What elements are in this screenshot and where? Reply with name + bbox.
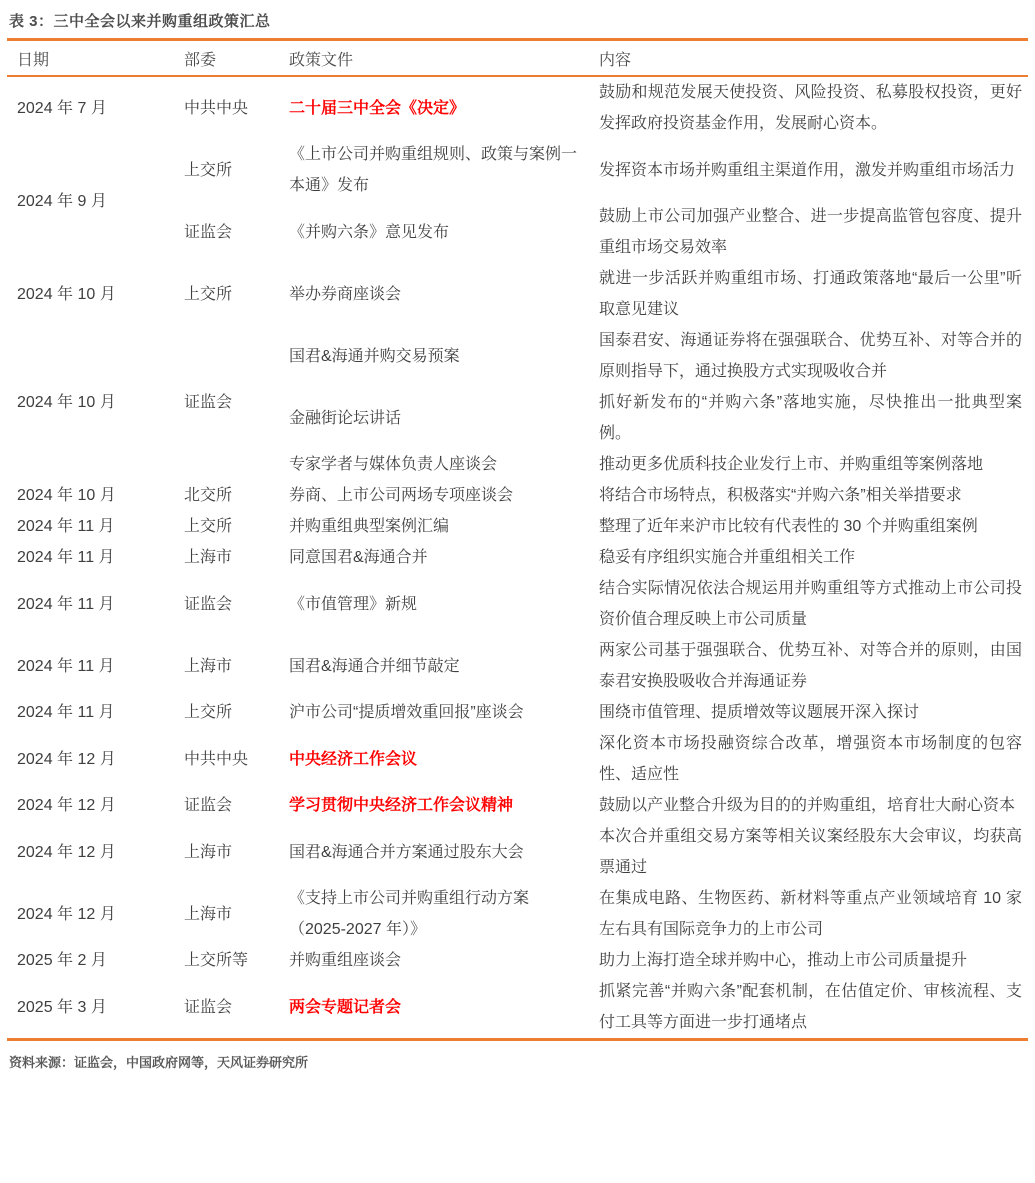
policy-cell: 国君&海通合并方案通过股东大会 <box>289 821 599 883</box>
header-content: 内容 <box>599 40 1028 77</box>
date-cell: 2024 年 11 月 <box>7 511 184 542</box>
content-cell: 鼓励上市公司加强产业整合、进一步提高监管包容度、提升重组市场交易效率 <box>599 201 1028 263</box>
date-cell: 2024 年 11 月 <box>7 573 184 635</box>
policy-cell: 专家学者与媒体负责人座谈会 <box>289 449 599 480</box>
date-cell: 2024 年 10 月 <box>7 325 184 480</box>
dept-cell: 上海市 <box>184 542 289 573</box>
header-policy: 政策文件 <box>289 40 599 77</box>
content-cell: 抓好新发布的“并购六条”落地实施，尽快推出一批典型案例。 <box>599 387 1028 449</box>
policy-table: 日期 部委 政策文件 内容 2024 年 7 月中共中央二十届三中全会《决定》鼓… <box>7 38 1028 1041</box>
content-cell: 国泰君安、海通证券将在强强联合、优势互补、对等合并的原则指导下，通过换股方式实现… <box>599 325 1028 387</box>
policy-cell: 举办券商座谈会 <box>289 263 599 325</box>
dept-cell: 上海市 <box>184 635 289 697</box>
date-cell: 2024 年 7 月 <box>7 76 184 139</box>
dept-cell: 证监会 <box>184 325 289 480</box>
table-row: 2024 年 11 月上海市同意国君&海通合并稳妥有序组织实施合并重组相关工作 <box>7 542 1028 573</box>
date-cell: 2024 年 11 月 <box>7 542 184 573</box>
content-cell: 抓紧完善“并购六条”配套机制，在估值定价、审核流程、支付工具等方面进一步打通堵点 <box>599 976 1028 1040</box>
policy-cell: 《并购六条》意见发布 <box>289 201 599 263</box>
content-cell: 稳妥有序组织实施合并重组相关工作 <box>599 542 1028 573</box>
policy-cell-highlight: 两会专题记者会 <box>289 976 599 1040</box>
date-cell: 2024 年 12 月 <box>7 790 184 821</box>
table-row: 2024 年 11 月上交所并购重组典型案例汇编整理了近年来沪市比较有代表性的 … <box>7 511 1028 542</box>
content-cell: 本次合并重组交易方案等相关议案经股东大会审议，均获高票通过 <box>599 821 1028 883</box>
content-cell: 两家公司基于强强联合、优势互补、对等合并的原则，由国泰君安换股吸收合并海通证券 <box>599 635 1028 697</box>
policy-cell: 沪市公司“提质增效重回报”座谈会 <box>289 697 599 728</box>
dept-cell: 上海市 <box>184 821 289 883</box>
dept-cell: 证监会 <box>184 976 289 1040</box>
policy-cell: 《支持上市公司并购重组行动方案（2025-2027 年）》 <box>289 883 599 945</box>
header-row: 日期 部委 政策文件 内容 <box>7 40 1028 77</box>
dept-cell: 北交所 <box>184 480 289 511</box>
table-header: 日期 部委 政策文件 内容 <box>7 40 1028 77</box>
dept-cell: 中共中央 <box>184 76 289 139</box>
dept-cell: 证监会 <box>184 573 289 635</box>
date-cell: 2024 年 12 月 <box>7 883 184 945</box>
dept-cell: 证监会 <box>184 201 289 263</box>
dept-cell: 中共中央 <box>184 728 289 790</box>
table-row: 2024 年 10 月北交所券商、上市公司两场专项座谈会将结合市场特点，积极落实… <box>7 480 1028 511</box>
policy-cell: 并购重组座谈会 <box>289 945 599 976</box>
dept-cell: 证监会 <box>184 790 289 821</box>
date-cell: 2024 年 10 月 <box>7 263 184 325</box>
date-cell: 2024 年 11 月 <box>7 635 184 697</box>
table-row: 2024 年 12 月上海市国君&海通合并方案通过股东大会本次合并重组交易方案等… <box>7 821 1028 883</box>
policy-cell: 《市值管理》新规 <box>289 573 599 635</box>
policy-cell: 券商、上市公司两场专项座谈会 <box>289 480 599 511</box>
table-row: 2025 年 2 月上交所等并购重组座谈会助力上海打造全球并购中心，推动上市公司… <box>7 945 1028 976</box>
date-cell: 2024 年 9 月 <box>7 139 184 263</box>
table-row: 2024 年 7 月中共中央二十届三中全会《决定》鼓励和规范发展天使投资、风险投… <box>7 76 1028 139</box>
dept-cell: 上海市 <box>184 883 289 945</box>
table-row: 2024 年 12 月中共中央中央经济工作会议深化资本市场投融资综合改革，增强资… <box>7 728 1028 790</box>
table-row: 2024 年 12 月证监会学习贯彻中央经济工作会议精神鼓励以产业整合升级为目的… <box>7 790 1028 821</box>
policy-cell: 国君&海通合并细节敲定 <box>289 635 599 697</box>
content-cell: 发挥资本市场并购重组主渠道作用，激发并购重组市场活力 <box>599 139 1028 201</box>
date-cell: 2024 年 10 月 <box>7 480 184 511</box>
content-cell: 助力上海打造全球并购中心，推动上市公司质量提升 <box>599 945 1028 976</box>
date-cell: 2024 年 11 月 <box>7 697 184 728</box>
content-cell: 在集成电路、生物医药、新材料等重点产业领域培育 10 家左右具有国际竞争力的上市… <box>599 883 1028 945</box>
content-cell: 结合实际情况依法合规运用并购重组等方式推动上市公司投资价值合理反映上市公司质量 <box>599 573 1028 635</box>
policy-cell: 国君&海通并购交易预案 <box>289 325 599 387</box>
content-cell: 围绕市值管理、提质增效等议题展开深入探讨 <box>599 697 1028 728</box>
header-date: 日期 <box>7 40 184 77</box>
content-cell: 鼓励和规范发展天使投资、风险投资、私募股权投资，更好发挥政府投资基金作用，发展耐… <box>599 76 1028 139</box>
policy-cell: 金融街论坛讲话 <box>289 387 599 449</box>
content-cell: 推动更多优质科技企业发行上市、并购重组等案例落地 <box>599 449 1028 480</box>
date-cell: 2025 年 2 月 <box>7 945 184 976</box>
content-cell: 鼓励以产业整合升级为目的的并购重组，培育壮大耐心资本 <box>599 790 1028 821</box>
table-row: 2024 年 11 月上交所沪市公司“提质增效重回报”座谈会围绕市值管理、提质增… <box>7 697 1028 728</box>
policy-cell-highlight: 二十届三中全会《决定》 <box>289 76 599 139</box>
header-dept: 部委 <box>184 40 289 77</box>
report-table-page: 表 3：三中全会以来并购重组政策汇总 日期 部委 政策文件 内容 2024 年 … <box>0 0 1035 1183</box>
content-cell: 就进一步活跃并购重组市场、打通政策落地“最后一公里”听取意见建议 <box>599 263 1028 325</box>
date-cell: 2024 年 12 月 <box>7 728 184 790</box>
content-cell: 深化资本市场投融资综合改革，增强资本市场制度的包容性、适应性 <box>599 728 1028 790</box>
table-row: 2024 年 11 月证监会《市值管理》新规结合实际情况依法合规运用并购重组等方… <box>7 573 1028 635</box>
policy-cell: 同意国君&海通合并 <box>289 542 599 573</box>
date-cell: 2024 年 12 月 <box>7 821 184 883</box>
table-row: 2024 年 11 月上海市国君&海通合并细节敲定两家公司基于强强联合、优势互补… <box>7 635 1028 697</box>
table-row: 2024 年 10 月证监会国君&海通并购交易预案国泰君安、海通证券将在强强联合… <box>7 325 1028 387</box>
dept-cell: 上交所 <box>184 139 289 201</box>
dept-cell: 上交所 <box>184 511 289 542</box>
table-row: 2024 年 12 月上海市《支持上市公司并购重组行动方案（2025-2027 … <box>7 883 1028 945</box>
policy-cell: 并购重组典型案例汇编 <box>289 511 599 542</box>
table-row: 2025 年 3 月证监会两会专题记者会抓紧完善“并购六条”配套机制，在估值定价… <box>7 976 1028 1040</box>
table-row: 2024 年 9 月上交所《上市公司并购重组规则、政策与案例一本通》发布发挥资本… <box>7 139 1028 201</box>
dept-cell: 上交所 <box>184 697 289 728</box>
policy-cell-highlight: 中央经济工作会议 <box>289 728 599 790</box>
table-title: 表 3：三中全会以来并购重组政策汇总 <box>7 8 1028 38</box>
content-cell: 将结合市场特点，积极落实“并购六条”相关举措要求 <box>599 480 1028 511</box>
date-cell: 2025 年 3 月 <box>7 976 184 1040</box>
content-cell: 整理了近年来沪市比较有代表性的 30 个并购重组案例 <box>599 511 1028 542</box>
table-row: 2024 年 10 月上交所举办券商座谈会就进一步活跃并购重组市场、打通政策落地… <box>7 263 1028 325</box>
dept-cell: 上交所等 <box>184 945 289 976</box>
policy-cell-highlight: 学习贯彻中央经济工作会议精神 <box>289 790 599 821</box>
table-body: 2024 年 7 月中共中央二十届三中全会《决定》鼓励和规范发展天使投资、风险投… <box>7 76 1028 1040</box>
source-note: 资料来源：证监会，中国政府网等，天风证券研究所 <box>7 1041 1028 1071</box>
policy-cell: 《上市公司并购重组规则、政策与案例一本通》发布 <box>289 139 599 201</box>
dept-cell: 上交所 <box>184 263 289 325</box>
